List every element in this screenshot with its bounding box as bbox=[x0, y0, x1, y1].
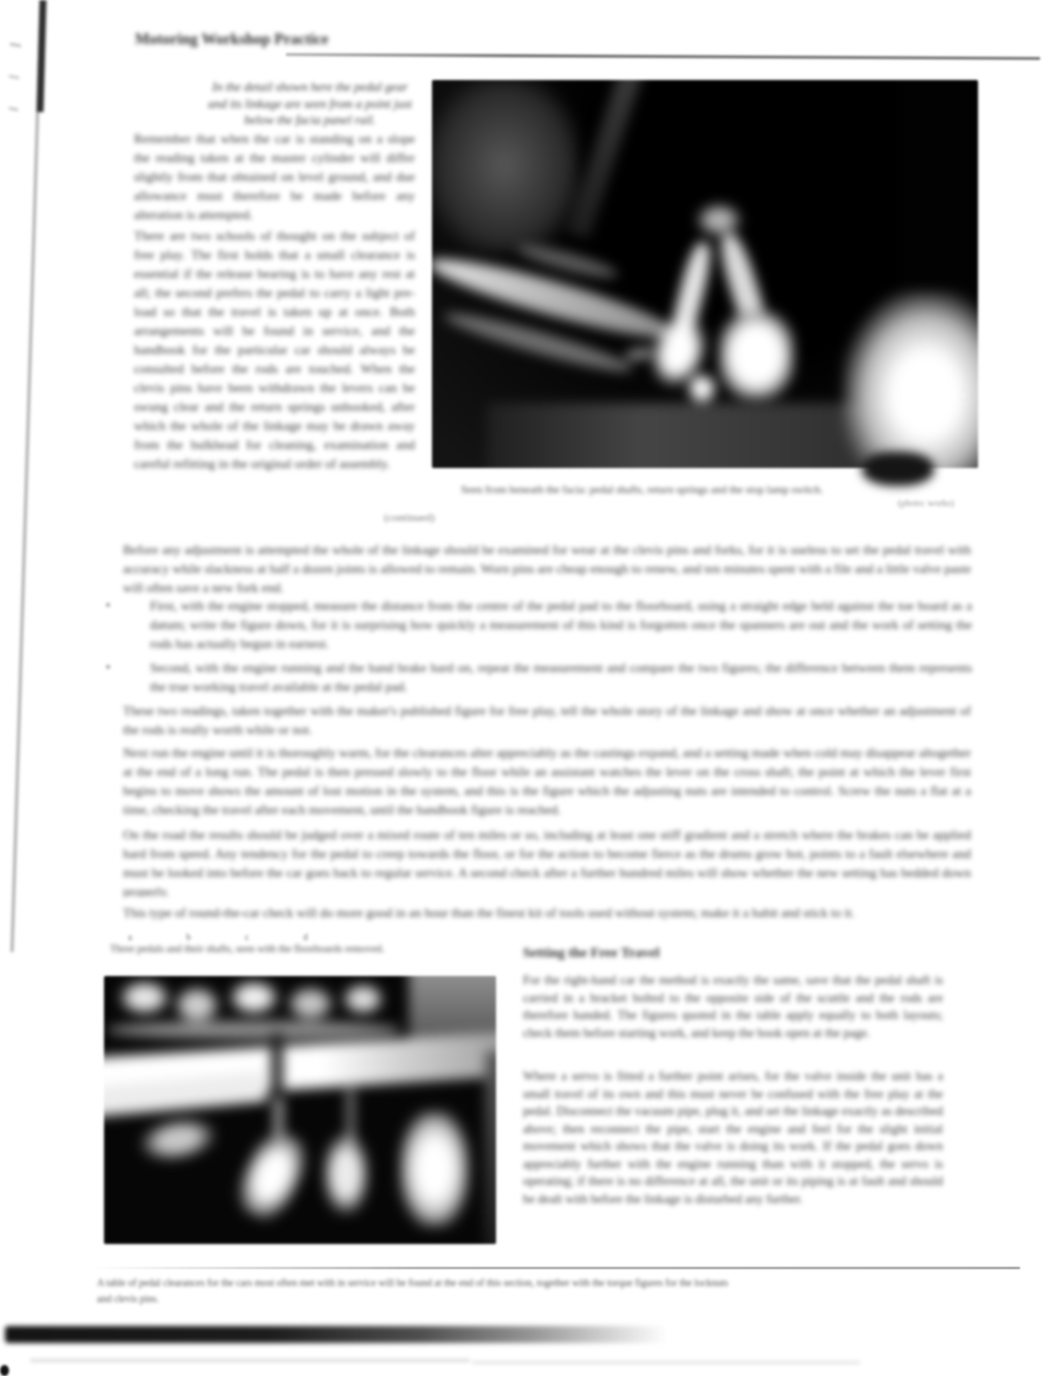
photo-shape bbox=[900, 80, 978, 295]
scan-line-artifact bbox=[472, 1361, 860, 1364]
photo-shape bbox=[485, 1051, 496, 1244]
scanner-bar-artifact bbox=[5, 1326, 695, 1343]
photo-shape bbox=[174, 986, 220, 1024]
header-rule bbox=[286, 53, 1040, 59]
photo-shape bbox=[107, 1021, 401, 1039]
bottom-photo bbox=[104, 976, 496, 1244]
top-photo-credit: (photo: works) bbox=[842, 499, 954, 511]
photo-shape bbox=[719, 311, 794, 398]
body-paragraph-b: These two readings, taken together with … bbox=[123, 701, 971, 739]
right-column-paragraph-1: For the right-hand car the method is exa… bbox=[523, 972, 943, 1060]
photo-shape bbox=[271, 1033, 284, 1098]
photo-shape bbox=[342, 983, 384, 1016]
bullet-item-1: First, with the engine stopped, measure … bbox=[150, 596, 972, 653]
scanned-page: Motoring Workshop Practice In the detail… bbox=[0, 0, 1062, 1376]
intro-paragraph: In the detail shown here the pedal gear … bbox=[206, 79, 414, 130]
right-column-paragraph-2: Where a servo is fitted a further point … bbox=[523, 1068, 943, 1244]
bullet-item-2: Second, with the engine running and the … bbox=[150, 658, 972, 696]
photo-shape bbox=[229, 980, 279, 1016]
photo-edge-shadow bbox=[862, 452, 934, 486]
footnote-line-1: A table of pedal clearances for the cars… bbox=[97, 1278, 959, 1291]
bottom-photo-layers bbox=[104, 976, 496, 1244]
scan-line-artifact bbox=[30, 1359, 470, 1362]
section-heading: Setting the Free Travel bbox=[523, 946, 748, 965]
photo-shape bbox=[323, 1134, 369, 1214]
footnote-line-2: and clevis pins. bbox=[97, 1294, 239, 1306]
photo-shape bbox=[119, 980, 169, 1016]
left-column-continuation-note: (continued) bbox=[384, 512, 479, 527]
left-column-paragraph-1: Remember that when the car is standing o… bbox=[134, 129, 415, 225]
photo-shape bbox=[432, 80, 579, 253]
body-paragraph-e: This type of round-the-car check will do… bbox=[123, 903, 971, 923]
bottom-photo-caption: Three pedals and their shafts, seen with… bbox=[110, 944, 462, 959]
body-paragraph-d: On the road the results should be judged… bbox=[123, 825, 971, 897]
bottom-photo-annotation-row: a b c d bbox=[128, 932, 458, 943]
top-photo bbox=[432, 80, 978, 468]
photo-shape bbox=[843, 291, 978, 468]
body-paragraph-c: Next run the engine until it is thorough… bbox=[123, 743, 971, 819]
corner-mark-artifact bbox=[0, 1365, 9, 1376]
scan-edge-artifact bbox=[0, 0, 70, 980]
photo-shape bbox=[399, 1110, 470, 1228]
bullet-marker-2: • bbox=[106, 660, 120, 676]
top-photo-layers bbox=[432, 80, 978, 468]
photo-shape bbox=[688, 374, 717, 403]
photo-shape bbox=[696, 203, 742, 236]
body-paragraph-a: Before any adjustment is attempted the w… bbox=[123, 540, 971, 597]
photo-shape bbox=[487, 403, 877, 468]
bullet-marker-1: • bbox=[106, 598, 120, 614]
left-column-paragraph-2: There are two schools of thought on the … bbox=[134, 226, 415, 512]
footnote-rule bbox=[92, 1267, 1020, 1269]
top-photo-caption: Seen from beneath the facia: pedal shaft… bbox=[452, 484, 832, 500]
photo-shape bbox=[287, 986, 333, 1022]
page-header-title: Motoring Workshop Practice bbox=[135, 31, 407, 52]
